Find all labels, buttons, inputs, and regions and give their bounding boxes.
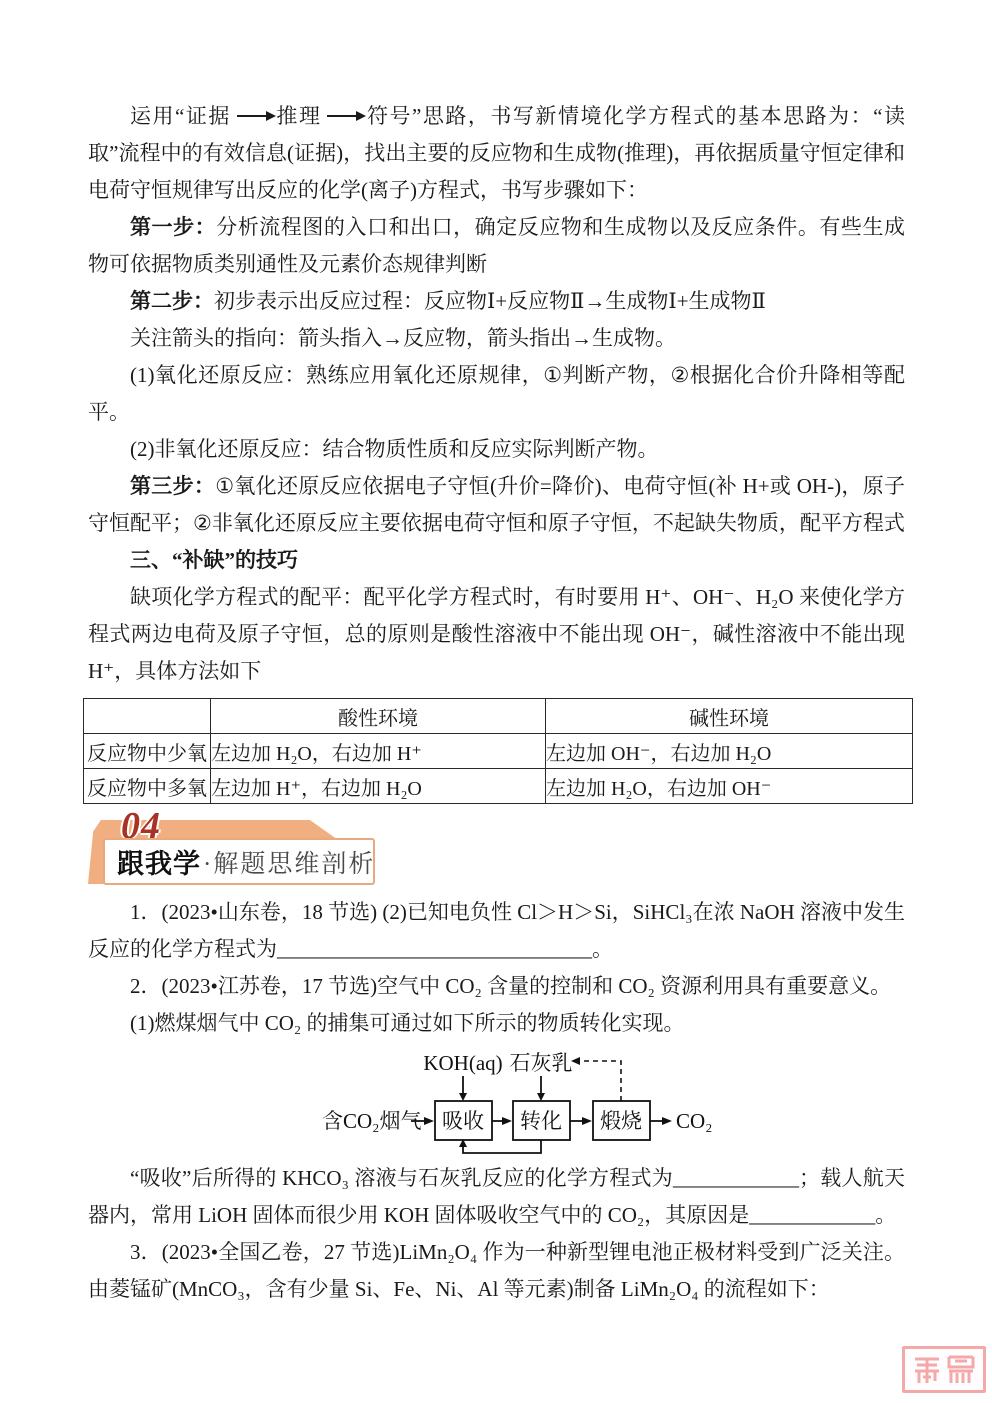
question-2-sub1: (1)燃煤烟气中 CO₂ 的捕集可通过如下所示的物质转化实现。 <box>88 1005 905 1042</box>
table-row: 反应物中少氧 左边加 H₂O，右边加 H⁺ 左边加 OH⁻，右边加 H₂O <box>84 734 913 769</box>
intro-paragraph: 运用“证据推理符号”思路，书写新情境化学方程式的基本思路为：“读取”流程中的有效… <box>88 98 905 209</box>
header-basic: 碱性环境 <box>546 699 913 734</box>
header-empty <box>84 699 211 734</box>
badge-title-bold: 跟我学 <box>117 842 201 881</box>
down-arrow-icon <box>537 1093 545 1101</box>
right-arrow-icon <box>582 1117 592 1125</box>
supplement-rules-table: 酸性环境 碱性环境 反应物中少氧 左边加 H₂O，右边加 H⁺ 左边加 OH⁻，… <box>83 698 913 804</box>
diagram-output-label: CO₂ <box>676 1109 713 1133</box>
table-header-row: 酸性环境 碱性环境 <box>84 699 913 734</box>
seal-watermark-icon <box>911 1353 977 1386</box>
step1-paragraph: 第一步：分析流程图的入口和出口，确定反应物和生成物以及反应条件。有些生成物可依据… <box>88 209 905 283</box>
diagram-input-label: 含CO₂烟气 <box>322 1109 422 1133</box>
section3-heading: 三、“补缺”的技巧 <box>88 542 905 579</box>
row-label: 反应物中多氧 <box>84 769 211 804</box>
step3-paragraph: 第三步：①氧化还原反应依据电子守恒(升价=降价)、电荷守恒(补 H+或 OH-)… <box>88 468 905 542</box>
cell-basic: 左边加 OH⁻，右边加 H₂O <box>546 734 913 769</box>
diagram-koh-label: KOH(aq) <box>423 1051 502 1075</box>
table-row: 反应物中多氧 左边加 H⁺，右边加 H₂O 左边加 H₂O，右边加 OH⁻ <box>84 769 913 804</box>
intro-seg1: 运用“证据 <box>130 104 231 128</box>
section-badge: 04 跟我学 ·解题思维剖析 <box>88 812 905 894</box>
header-acidic: 酸性环境 <box>211 699 546 734</box>
question-1: 1．(2023•山东卷，18 节选) (2)已知电负性 Cl＞H＞Si，SiHC… <box>88 894 905 968</box>
badge-label-box: 跟我学 ·解题思维剖析 <box>103 838 375 885</box>
step2-text: 初步表示出反应过程：反应物Ⅰ+反应物Ⅱ→生成物Ⅰ+生成物Ⅱ <box>214 289 766 313</box>
step2-label: 第二步： <box>130 289 214 313</box>
section3-intro: 缺项化学方程式的配平：配平化学方程式时，有时要用 H⁺、OH⁻、H₂O 来使化学… <box>88 579 905 690</box>
long-arrow-icon <box>327 115 357 117</box>
diagram-box-absorb: 吸收 <box>442 1109 484 1133</box>
down-arrow-icon <box>459 1093 467 1101</box>
page-content: 运用“证据推理符号”思路，书写新情境化学方程式的基本思路为：“读取”流程中的有效… <box>0 0 992 1308</box>
document-page: { "intro": { "seg1": "运用“证据", "seg2": "推… <box>0 0 992 1403</box>
question-2-after: “吸收”后所得的 KHCO₃ 溶液与石灰乳反应的化学方程式为__________… <box>88 1160 905 1234</box>
step3-label: 第三步： <box>130 474 215 498</box>
badge-title-rest: ·解题思维剖析 <box>203 844 375 880</box>
redox-paragraph: (1)氧化还原反应：熟练应用氧化还原规律，①判断产物，②根据化合价升降相等配平。 <box>88 357 905 431</box>
row-label: 反应物中少氧 <box>84 734 211 769</box>
right-arrow-icon <box>662 1117 672 1125</box>
long-arrow-icon <box>237 115 267 117</box>
co2-capture-flow-diagram: KOH(aq) 石灰乳 含CO₂烟气 吸收 转化 煅烧 CO₂ <box>322 1048 752 1158</box>
cell-acidic: 左边加 H₂O，右边加 H⁺ <box>211 734 546 769</box>
diagram-lime-label: 石灰乳 <box>510 1051 573 1075</box>
diagram-box-convert: 转化 <box>520 1109 562 1133</box>
step2-paragraph: 第二步：初步表示出反应过程：反应物Ⅰ+反应物Ⅱ→生成物Ⅰ+生成物Ⅱ <box>88 283 905 320</box>
seal-watermark <box>902 1346 986 1393</box>
cell-basic: 左边加 H₂O，右边加 OH⁻ <box>546 769 913 804</box>
arrow-note-paragraph: 关注箭头的指向：箭头指入→反应物，箭头指出→生成物。 <box>88 320 905 357</box>
diagram-box-calcine: 煅烧 <box>600 1109 642 1133</box>
right-arrow-icon <box>424 1117 434 1125</box>
question-3: 3．(2023•全国乙卷，27 节选)LiMn₂O₄ 作为一种新型锂电池正极材料… <box>88 1234 905 1308</box>
cell-acidic: 左边加 H⁺，右边加 H₂O <box>211 769 546 804</box>
nonredox-paragraph: (2)非氧化还原反应：结合物质性质和反应实际判断产物。 <box>88 431 905 468</box>
right-arrow-icon <box>502 1117 512 1125</box>
question-2: 2．(2023•江苏卷，17 节选)空气中 CO₂ 含量的控制和 CO₂ 资源利… <box>88 968 905 1005</box>
step1-label: 第一步： <box>130 215 216 239</box>
intro-seg2: 推理 <box>275 104 322 128</box>
